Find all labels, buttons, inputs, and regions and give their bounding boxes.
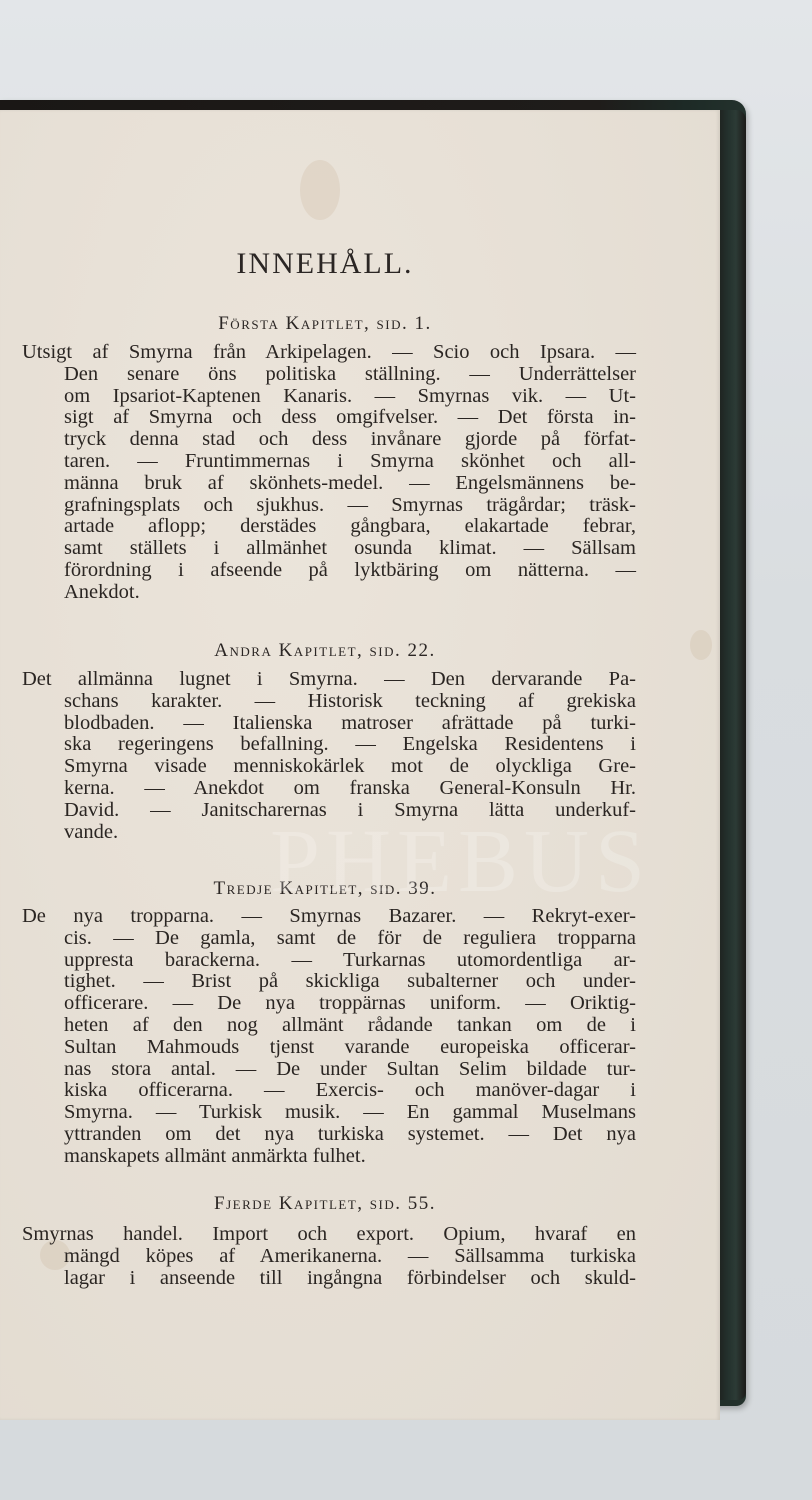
text-line: Utsigt af Smyrna från Arkipelagen. — Sci…	[22, 342, 636, 364]
text-line: grafningsplats och sjukhus. — Smyrnas tr…	[22, 495, 636, 517]
text-line: sigt af Smyrna och dess omgifvelser. — D…	[22, 407, 636, 429]
text-line: uppresta barackerna. — Turkarnas utomord…	[22, 950, 636, 972]
text-line: Smyrna visade menniskokärlek mot de olyc…	[22, 756, 636, 778]
text-line: ska regeringens befallning. — Engelska R…	[22, 734, 636, 756]
chapter-heading: Första Kapitlet, sid. 1.	[0, 313, 650, 335]
text-line: tryck denna stad och dess invånare gjord…	[22, 429, 636, 451]
text-line: artade aflopp; derstädes gångbara, elaka…	[22, 516, 636, 538]
text-line: samt ställets i allmänhet osunda klimat.…	[22, 538, 636, 560]
text-line: Den senare öns politiska ställning. — Un…	[22, 364, 636, 386]
text-line: lagar i anseende till ingångna förbindel…	[22, 1268, 636, 1290]
text-line: manskapets allmänt anmärkta fulhet.	[22, 1146, 636, 1168]
chapter-summary: Det allmänna lugnet i Smyrna. — Den derv…	[22, 669, 636, 843]
text-line: kiska officerarna. — Exercis- och manöve…	[22, 1080, 636, 1102]
text-line: schans karakter. — Historisk teckning af…	[22, 691, 636, 713]
text-line: Det allmänna lugnet i Smyrna. — Den derv…	[22, 669, 636, 691]
text-line: blodbaden. — Italienska matroser afrätta…	[22, 713, 636, 735]
text-line: vande.	[22, 822, 636, 844]
text-line: Sultan Mahmouds tjenst varande europeisk…	[22, 1037, 636, 1059]
text-line: yttranden om det nya turkiska systemet. …	[22, 1124, 636, 1146]
chapter-heading: Tredje Kapitlet, sid. 39.	[0, 878, 650, 900]
text-line: taren. — Fruntimmernas i Smyrna skönhet …	[22, 451, 636, 473]
text-line: mängd köpes af Amerikanerna. — Sällsamma…	[22, 1246, 636, 1268]
text-line: officerare. — De nya troppärnas uniform.…	[22, 993, 636, 1015]
text-line: David. — Janitscharernas i Smyrna lätta …	[22, 800, 636, 822]
text-line: De nya tropparna. — Smyrnas Bazarer. — R…	[22, 906, 636, 928]
chapter-summary: De nya tropparna. — Smyrnas Bazarer. — R…	[22, 906, 636, 1168]
chapter-heading: Fjerde Kapitlet, sid. 55.	[0, 1193, 650, 1215]
book-page: INNEHÅLL. Första Kapitlet, sid. 1. Utsig…	[0, 110, 720, 1420]
text-line: Anekdot.	[22, 582, 636, 604]
chapter-summary: Smyrnas handel. Import och export. Opium…	[22, 1224, 636, 1289]
chapter-heading: Andra Kapitlet, sid. 22.	[0, 640, 650, 662]
text-line: männa bruk af skönhets-medel. — Engelsmä…	[22, 473, 636, 495]
table-of-contents: INNEHÅLL. Första Kapitlet, sid. 1. Utsig…	[0, 110, 720, 1420]
text-line: Smyrnas handel. Import och export. Opium…	[22, 1224, 636, 1246]
text-line: heten af den nog allmänt rådande tankan …	[22, 1015, 636, 1037]
chapter-summary: Utsigt af Smyrna från Arkipelagen. — Sci…	[22, 342, 636, 604]
text-line: cis. — De gamla, samt de för de regulier…	[22, 928, 636, 950]
text-line: tighet. — Brist på skickliga subalterner…	[22, 971, 636, 993]
text-line: nas stora antal. — De under Sultan Selim…	[22, 1059, 636, 1081]
text-line: Smyrna. — Turkisk musik. — En gammal Mus…	[22, 1102, 636, 1124]
page-title: INNEHÅLL.	[0, 247, 650, 281]
text-line: kerna. — Anekdot om franska General-Kons…	[22, 778, 636, 800]
text-line: om Ipsariot-Kaptenen Kanaris. — Smyrnas …	[22, 386, 636, 408]
text-line: förordning i afseende på lyktbäring om n…	[22, 560, 636, 582]
